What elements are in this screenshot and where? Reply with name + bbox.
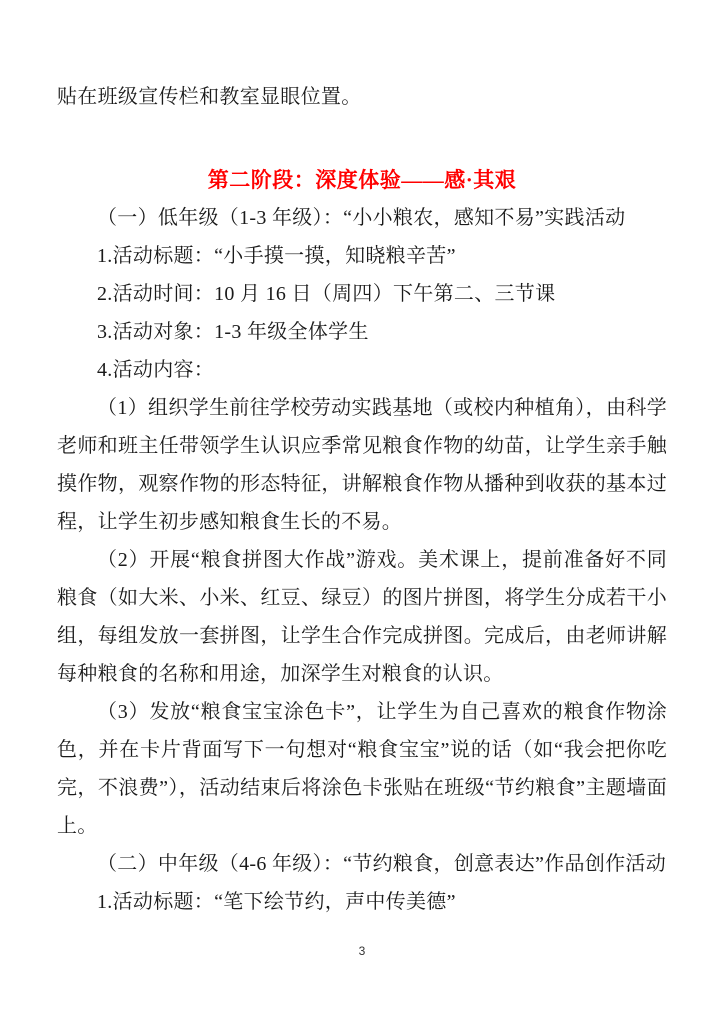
page-footer: 3 — [0, 941, 724, 961]
section-heading: 第二阶段：深度体验——感·其艰 — [57, 161, 667, 199]
paragraph-content-item-3: （3）发放“粮食宝宝涂色卡”，让学生为自己喜欢的粮食作物涂色，并在卡片背面写下一… — [57, 693, 667, 845]
paragraph-subsection-1-title: （一）低年级（1-3 年级）：“小小粮农，感知不易”实践活动 — [57, 199, 667, 237]
paragraph-subsection-2-title: （二）中年级（4-6 年级）：“节约粮食，创意表达”作品创作活动 — [57, 845, 667, 883]
paragraph-continuation: 贴在班级宣传栏和教室显眼位置。 — [57, 78, 667, 116]
paragraph-content-item-1: （1）组织学生前往学校劳动实践基地（或校内种植角），由科学老师和班主任带领学生认… — [57, 389, 667, 541]
paragraph-activity-content-label: 4.活动内容： — [57, 351, 667, 389]
paragraph-activity-title: 1.活动标题：“小手摸一摸，知晓粮辛苦” — [57, 237, 667, 275]
paragraph-activity-audience: 3.活动对象：1-3 年级全体学生 — [57, 313, 667, 351]
document-page: 贴在班级宣传栏和教室显眼位置。 第二阶段：深度体验——感·其艰 （一）低年级（1… — [0, 0, 724, 1024]
paragraph-content-item-2: （2）开展“粮食拼图大作战”游戏。美术课上，提前准备好不同粮食（如大米、小米、红… — [57, 541, 667, 693]
page-number: 3 — [359, 944, 366, 958]
paragraph-activity-title-2: 1.活动标题：“笔下绘节约，声中传美德” — [57, 883, 667, 921]
paragraph-activity-time: 2.活动时间：10 月 16 日（周四）下午第二、三节课 — [57, 275, 667, 313]
